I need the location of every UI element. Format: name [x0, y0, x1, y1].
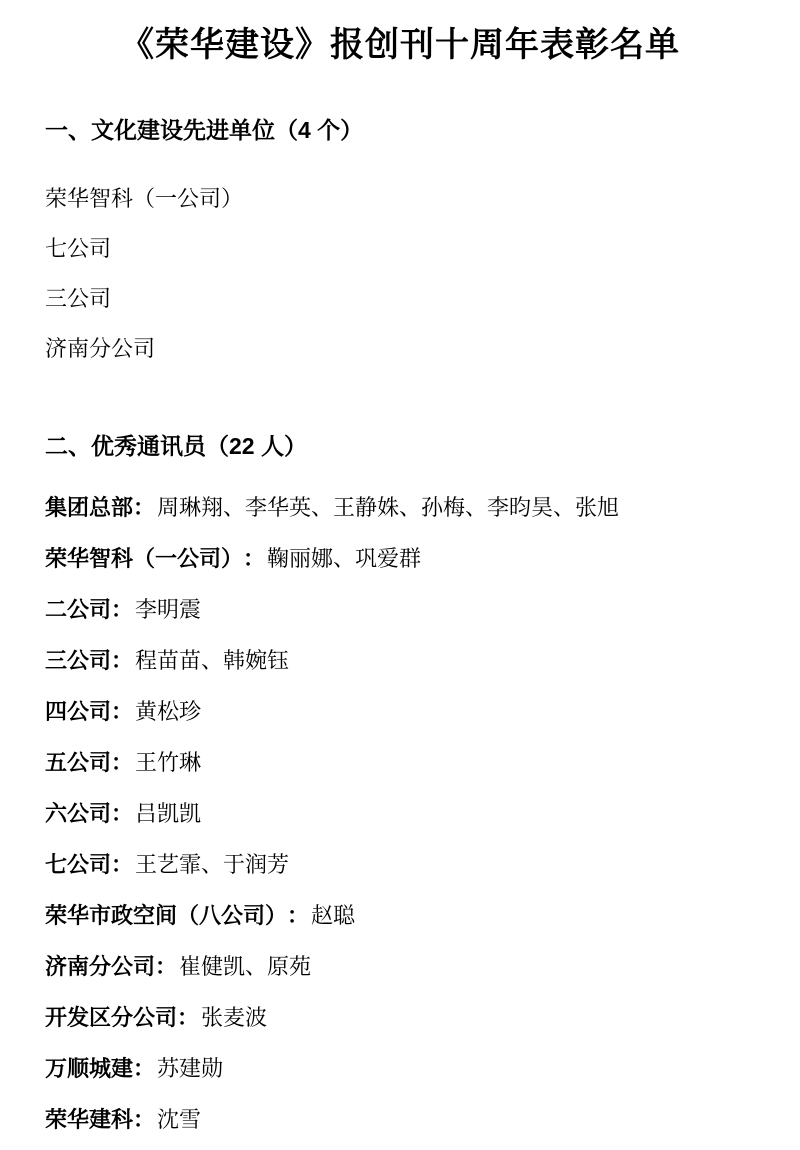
entry-names: 崔健凯、原苑 — [179, 950, 311, 981]
entry-label: 二公司 — [45, 593, 111, 624]
entry-row: 二公司：李明震 — [45, 583, 755, 634]
entry-label: 四公司 — [45, 695, 111, 726]
entry-row: 荣华智科（一公司）：鞠丽娜、巩爱群 — [45, 532, 755, 583]
entry-names: 李明震 — [135, 593, 201, 624]
entry-row: 四公司：黄松珍 — [45, 685, 755, 736]
entry-row: 荣华市政空间（八公司）：赵聪 — [45, 889, 755, 940]
entry-row: 五公司：王竹琳 — [45, 736, 755, 787]
entry-names: 张麦波 — [201, 1001, 267, 1032]
list-item: 荣华智科（一公司） — [45, 172, 755, 222]
entry-label: 集团总部 — [45, 491, 133, 522]
section-2-list: 集团总部：周琳翔、李华英、王静姝、孙梅、李昀昊、张旭 荣华智科（一公司）：鞠丽娜… — [45, 481, 755, 1144]
section-1-list: 荣华智科（一公司） 七公司 三公司 济南分公司 — [45, 172, 755, 372]
entry-row: 七公司：王艺霏、于润芳 — [45, 838, 755, 889]
entry-label: 济南分公司 — [45, 950, 155, 981]
entry-colon: ： — [133, 491, 155, 522]
entry-colon: ： — [111, 797, 133, 828]
section-1-heading: 一、文化建设先进单位（4 个） — [45, 117, 755, 143]
entry-names: 王艺霏、于润芳 — [135, 848, 289, 879]
entry-colon: ： — [111, 746, 133, 777]
list-item: 三公司 — [45, 272, 755, 322]
entry-colon: ： — [111, 593, 133, 624]
entry-names: 王竹琳 — [135, 746, 201, 777]
entry-names: 黄松珍 — [135, 695, 201, 726]
entry-colon: ： — [243, 542, 265, 573]
entry-label: 荣华建科 — [45, 1103, 133, 1134]
entry-row: 万顺城建：苏建勋 — [45, 1042, 755, 1093]
entry-label: 万顺城建 — [45, 1052, 133, 1083]
entry-row: 荣华建科：沈雪 — [45, 1093, 755, 1144]
document-title: 《荣华建设》报创刊十周年表彰名单 — [45, 24, 755, 66]
entry-names: 鞠丽娜、巩爱群 — [267, 542, 421, 573]
entry-colon: ： — [133, 1103, 155, 1134]
entry-label: 三公司 — [45, 644, 111, 675]
entry-names: 沈雪 — [157, 1103, 201, 1134]
entry-colon: ： — [133, 1052, 155, 1083]
entry-colon: ： — [111, 695, 133, 726]
entry-row: 济南分公司：崔健凯、原苑 — [45, 940, 755, 991]
list-item: 七公司 — [45, 222, 755, 272]
entry-row: 六公司：吕凯凯 — [45, 787, 755, 838]
list-item: 济南分公司 — [45, 322, 755, 372]
entry-row: 开发区分公司：张麦波 — [45, 991, 755, 1042]
entry-names: 周琳翔、李华英、王静姝、孙梅、李昀昊、张旭 — [157, 491, 619, 522]
section-2-heading: 二、优秀通讯员（22 人） — [45, 433, 755, 459]
entry-row: 三公司：程苗苗、韩婉钰 — [45, 634, 755, 685]
entry-names: 程苗苗、韩婉钰 — [135, 644, 289, 675]
entry-colon: ： — [177, 1001, 199, 1032]
entry-row: 集团总部：周琳翔、李华英、王静姝、孙梅、李昀昊、张旭 — [45, 481, 755, 532]
entry-colon: ： — [111, 644, 133, 675]
entry-colon: ： — [155, 950, 177, 981]
entry-colon: ： — [287, 899, 309, 930]
entry-names: 苏建勋 — [157, 1052, 223, 1083]
document-page: 《荣华建设》报创刊十周年表彰名单 一、文化建设先进单位（4 个） 荣华智科（一公… — [0, 0, 800, 1150]
entry-label: 五公司 — [45, 746, 111, 777]
entry-label: 荣华智科（一公司） — [45, 542, 243, 573]
entry-names: 吕凯凯 — [135, 797, 201, 828]
entry-label: 六公司 — [45, 797, 111, 828]
entry-label: 七公司 — [45, 848, 111, 879]
entry-names: 赵聪 — [311, 899, 355, 930]
entry-label: 开发区分公司 — [45, 1001, 177, 1032]
entry-label: 荣华市政空间（八公司） — [45, 899, 287, 930]
entry-colon: ： — [111, 848, 133, 879]
